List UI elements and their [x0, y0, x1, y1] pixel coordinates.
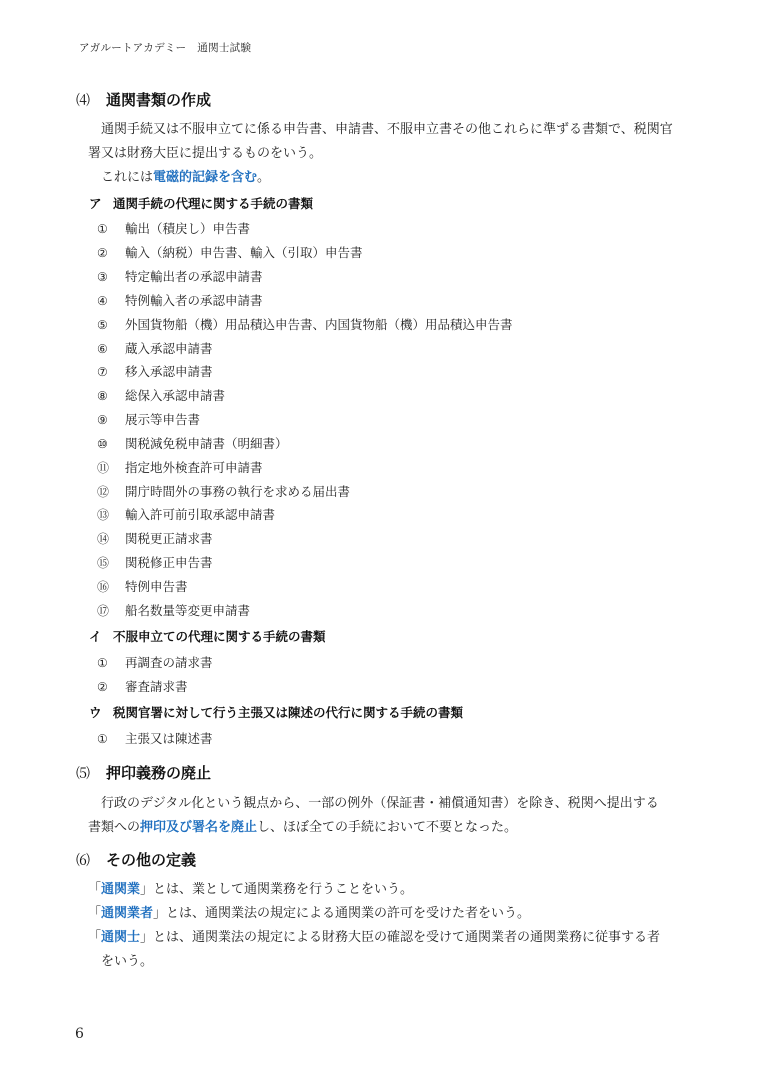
section-5-title: 押印義務の廃止	[106, 764, 211, 782]
item-number: ⑰	[97, 602, 125, 619]
subsection-u-heading: ウ税関官署に対して行う主張又は陳述の代行に関する手続の書類	[89, 703, 463, 721]
subsection-u-title: 税関官署に対して行う主張又は陳述の代行に関する手続の書類	[113, 705, 463, 720]
definition-tsukangyosha: 「通関業者」とは、通関業法の規定による通関業の許可を受けた者をいう。	[88, 902, 530, 926]
item-text: 外国貨物船（機）用品積込申告書、内国貨物船（機）用品積込申告書	[125, 317, 513, 332]
bracket-open: 「	[88, 930, 101, 945]
subsection-a-mark: ア	[89, 194, 113, 212]
subsection-u-mark: ウ	[89, 703, 113, 721]
item-number: ⑪	[97, 459, 125, 476]
item-number: ⑨	[97, 413, 125, 427]
section-4-heading: ⑷通関書類の作成	[76, 89, 211, 110]
line-prefix: 書類への	[88, 820, 140, 835]
list-item: ⑭関税更正請求書	[97, 529, 213, 547]
section-6-number: ⑹	[76, 850, 106, 870]
item-number: ①	[97, 656, 125, 670]
item-number: ⑯	[97, 578, 125, 595]
list-item: ⑦移入承認申請書	[97, 362, 213, 380]
bracket-open: 「	[88, 906, 101, 921]
item-text: 移入承認申請書	[125, 364, 213, 379]
item-text: 関税減免税申請書（明細書）	[125, 436, 288, 451]
item-number: ⑭	[97, 530, 125, 547]
item-number: ⑫	[97, 483, 125, 500]
item-text: 特定輸出者の承認申請書	[125, 269, 263, 284]
item-text: 展示等申告書	[125, 412, 200, 427]
list-item: ⑤外国貨物船（機）用品積込申告書、内国貨物船（機）用品積込申告書	[97, 315, 513, 333]
section-5-line-2: 書類への押印及び署名を廃止し、ほぼ全ての手続において不要となった。	[88, 816, 517, 840]
list-item: ⑩関税減免税申請書（明細書）	[97, 434, 288, 452]
term-tsukangyo: 通関業	[101, 882, 140, 897]
section-5-heading: ⑸押印義務の廃止	[76, 762, 211, 783]
list-item: ③特定輸出者の承認申請書	[97, 267, 263, 285]
subsection-i-heading: イ不服申立ての代理に関する手続の書類	[89, 627, 326, 645]
list-item: ⑰船名数量等変更申請書	[97, 601, 250, 619]
item-text: 蔵入承認申請書	[125, 341, 213, 356]
definition-tsukangyo: 「通関業」とは、業として通関業務を行うことをいう。	[88, 878, 413, 902]
section-5-number: ⑸	[76, 763, 106, 783]
item-number: ⑦	[97, 365, 125, 379]
item-text: 輸出（積戻し）申告書	[125, 221, 250, 236]
list-item: ⑯特例申告書	[97, 577, 188, 595]
list-item: ⑮関税修正申告書	[97, 553, 213, 571]
highlight-seal-abolished: 押印及び署名を廃止	[140, 820, 257, 835]
list-item: ②輸入（納税）申告書、輸入（引取）申告書	[97, 243, 363, 261]
list-item: ⑨展示等申告書	[97, 410, 200, 428]
item-number: ①	[97, 222, 125, 236]
item-number: ⑬	[97, 506, 125, 523]
line-suffix: し、ほぼ全ての手続において不要となった。	[257, 820, 517, 835]
list-item: ④特例輸入者の承認申請書	[97, 291, 263, 309]
subsection-a-title: 通関手続の代理に関する手続の書類	[113, 196, 313, 211]
note-suffix: 。	[257, 170, 270, 185]
item-text: 関税更正請求書	[125, 531, 213, 546]
list-item: ①再調査の請求書	[97, 653, 213, 671]
section-6-heading: ⑹その他の定義	[76, 849, 196, 870]
list-item: ⑫開庁時間外の事務の執行を求める届出書	[97, 482, 350, 500]
item-number: ⑥	[97, 342, 125, 356]
item-text: 輸入（納税）申告書、輸入（引取）申告書	[125, 245, 363, 260]
item-text: 審査請求書	[125, 679, 188, 694]
list-item: ⑥蔵入承認申請書	[97, 339, 213, 357]
subsection-a-heading: ア通関手続の代理に関する手続の書類	[89, 194, 313, 212]
item-text: 総保入承認申請書	[125, 388, 225, 403]
list-item: ①主張又は陳述書	[97, 729, 213, 747]
bracket-close: 」	[140, 930, 153, 945]
section-6-title: その他の定義	[106, 851, 196, 869]
item-text: 再調査の請求書	[125, 655, 213, 670]
item-text: 主張又は陳述書	[125, 731, 213, 746]
running-header: アガルートアカデミー 通関士試験	[79, 40, 251, 55]
bracket-open: 「	[88, 882, 101, 897]
item-number: ③	[97, 270, 125, 284]
definition-text: とは、通関業法の規定による財務大臣の確認を受けて通関業者の通関業務に従事する者	[153, 930, 660, 945]
list-item: ①輸出（積戻し）申告書	[97, 219, 250, 237]
bracket-close: 」	[153, 906, 166, 921]
item-number: ⑮	[97, 554, 125, 571]
term-tsukanshi: 通関士	[101, 930, 140, 945]
page-number: 6	[75, 1026, 84, 1042]
item-number: ⑩	[97, 437, 125, 451]
list-item: ⑪指定地外検査許可申請書	[97, 458, 263, 476]
list-item: ⑬輸入許可前引取承認申請書	[97, 505, 275, 523]
section-4-title: 通関書類の作成	[106, 91, 211, 109]
definition-tsukanshi-continuation: をいう。	[101, 950, 153, 974]
item-number: ⑤	[97, 318, 125, 332]
section-4-note: これには電磁的記録を含む。	[101, 166, 270, 190]
bracket-close: 」	[140, 882, 153, 897]
definition-tsukanshi: 「通関士」とは、通関業法の規定による財務大臣の確認を受けて通関業者の通関業務に従…	[88, 926, 660, 950]
item-text: 指定地外検査許可申請書	[125, 460, 263, 475]
section-4-number: ⑷	[76, 90, 106, 110]
list-item: ⑧総保入承認申請書	[97, 386, 225, 404]
definition-text: とは、通関業法の規定による通関業の許可を受けた者をいう。	[166, 906, 530, 921]
item-number: ④	[97, 294, 125, 308]
item-number: ②	[97, 680, 125, 694]
item-text: 関税修正申告書	[125, 555, 213, 570]
item-number: ①	[97, 732, 125, 746]
list-item: ②審査請求書	[97, 677, 188, 695]
highlight-electromagnetic-records: 電磁的記録を含む	[153, 170, 257, 185]
definition-text: とは、業として通関業務を行うことをいう。	[153, 882, 413, 897]
item-text: 開庁時間外の事務の執行を求める届出書	[125, 484, 350, 499]
term-tsukangyosha: 通関業者	[101, 906, 153, 921]
subsection-i-title: 不服申立ての代理に関する手続の書類	[113, 629, 326, 644]
item-text: 輸入許可前引取承認申請書	[125, 507, 275, 522]
item-text: 特例申告書	[125, 579, 188, 594]
section-5-line-1: 行政のデジタル化という観点から、一部の例外（保証書・補償通知書）を除き、税関へ提…	[101, 792, 659, 816]
subsection-i-mark: イ	[89, 627, 113, 645]
item-text: 特例輸入者の承認申請書	[125, 293, 263, 308]
item-text: 船名数量等変更申請書	[125, 603, 250, 618]
item-number: ⑧	[97, 389, 125, 403]
note-prefix: これには	[101, 170, 153, 185]
item-number: ②	[97, 246, 125, 260]
section-4-definition: 通関手続又は不服申立てに係る申告書、申請書、不服申立書その他これらに準ずる書類で…	[88, 118, 678, 166]
